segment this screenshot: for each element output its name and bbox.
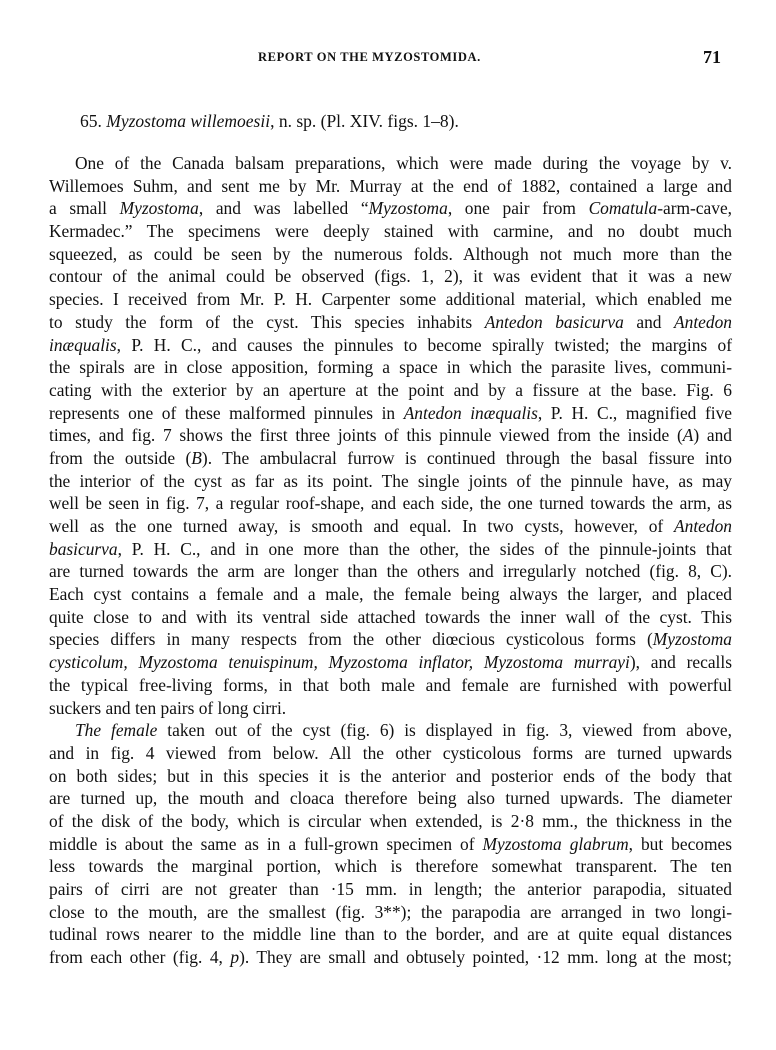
text-line: The female taken out of the cyst (fig. 6… bbox=[49, 719, 732, 742]
section-number: 65. bbox=[80, 111, 102, 131]
text-run: the typical free-living forms, in that b… bbox=[49, 675, 732, 695]
body-text: One of the Canada balsam preparations, w… bbox=[49, 152, 732, 969]
text-run: , P. H. C., magnified five bbox=[538, 403, 732, 423]
italic-text: inæqualis bbox=[49, 335, 117, 355]
paragraph: The female taken out of the cyst (fig. 6… bbox=[49, 719, 732, 969]
text-line: cysticolum, Myzostoma tenuispinum, Myzos… bbox=[49, 651, 732, 674]
running-title: REPORT ON THE MYZOSTOMIDA. bbox=[258, 50, 481, 65]
text-run: times, and fig. 7 shows the first three … bbox=[49, 425, 683, 445]
text-run: tudinal rows nearer to the middle line t… bbox=[49, 924, 732, 944]
text-line: to study the form of the cyst. This spec… bbox=[49, 311, 732, 334]
text-run: are turned up, the mouth and cloaca ther… bbox=[49, 788, 732, 808]
text-run: well as the one turned away, is smooth a… bbox=[49, 516, 674, 536]
text-line: the typical free-living forms, in that b… bbox=[49, 674, 732, 697]
text-run: represents one of these malformed pinnul… bbox=[49, 403, 404, 423]
text-line: pairs of cirri are not greater than ·15 … bbox=[49, 878, 732, 901]
text-run: , P. H. C., and causes the pinnules to b… bbox=[117, 335, 732, 355]
text-line: from each other (fig. 4, p). They are sm… bbox=[49, 946, 732, 969]
text-run: of the disk of the body, which is circul… bbox=[49, 811, 732, 831]
text-line: less towards the marginal portion, which… bbox=[49, 855, 732, 878]
text-run: species differs in many respects from th… bbox=[49, 629, 653, 649]
italic-text: Myzostoma bbox=[120, 198, 199, 218]
species-name: Myzostoma willemoesii bbox=[106, 111, 270, 131]
text-run: , one pair from bbox=[448, 198, 589, 218]
italic-text: Myzostoma bbox=[369, 198, 448, 218]
italic-text: p bbox=[230, 947, 239, 967]
text-line: tudinal rows nearer to the middle line t… bbox=[49, 923, 732, 946]
italic-text: Myzostoma glabrum bbox=[483, 834, 629, 854]
text-line: inæqualis, P. H. C., and causes the pinn… bbox=[49, 334, 732, 357]
text-run: taken out of the cyst (fig. 6) is displa… bbox=[157, 720, 732, 740]
text-line: close to the mouth, are the smallest (fi… bbox=[49, 901, 732, 924]
text-run: pairs of cirri are not greater than ·15 … bbox=[49, 879, 732, 899]
text-run: contour of the animal could be observed … bbox=[49, 266, 732, 286]
text-run: the interior of the cyst as far as its p… bbox=[49, 471, 732, 491]
text-line: basicurva, P. H. C., and in one more tha… bbox=[49, 538, 732, 561]
text-line: the interior of the cyst as far as its p… bbox=[49, 470, 732, 493]
text-line: Willemoes Suhm, and sent me by Mr. Murra… bbox=[49, 175, 732, 198]
text-run: , but becomes bbox=[629, 834, 732, 854]
italic-text: Antedon basicurva bbox=[485, 312, 624, 332]
text-line: One of the Canada balsam preparations, w… bbox=[49, 152, 732, 175]
text-line: well as the one turned away, is smooth a… bbox=[49, 515, 732, 538]
text-run: , and was labelled “ bbox=[199, 198, 369, 218]
text-line: times, and fig. 7 shows the first three … bbox=[49, 424, 732, 447]
italic-text: Antedon bbox=[674, 312, 732, 332]
text-run: ) and bbox=[693, 425, 732, 445]
italic-text: The female bbox=[75, 720, 157, 740]
italic-text: Antedon bbox=[674, 516, 732, 536]
text-line: species. I received from Mr. P. H. Carpe… bbox=[49, 288, 732, 311]
text-run: middle is about the same as in a full-gr… bbox=[49, 834, 483, 854]
text-line: quite close to and with its ventral side… bbox=[49, 606, 732, 629]
section-heading-rest: , n. sp. (Pl. XIV. figs. 1–8). bbox=[270, 111, 459, 131]
text-line: from the outside (B). The ambulacral fur… bbox=[49, 447, 732, 470]
text-run: less towards the marginal portion, which… bbox=[49, 856, 732, 876]
text-run: , P. H. C., and in one more than the oth… bbox=[118, 539, 732, 559]
text-line: well be seen in fig. 7, a regular roof-s… bbox=[49, 492, 732, 515]
text-line: are turned up, the mouth and cloaca ther… bbox=[49, 787, 732, 810]
text-line: of the disk of the body, which is circul… bbox=[49, 810, 732, 833]
text-run: to study the form of the cyst. This spec… bbox=[49, 312, 485, 332]
text-run: Each cyst contains a female and a male, … bbox=[49, 584, 732, 604]
text-line: species differs in many respects from th… bbox=[49, 628, 732, 651]
text-line: are turned towards the arm are longer th… bbox=[49, 560, 732, 583]
text-line: Kermadec.” The specimens were deeply sta… bbox=[49, 220, 732, 243]
italic-text: B bbox=[191, 448, 202, 468]
text-run: on both sides; but in this species it is… bbox=[49, 766, 732, 786]
text-run: species. I received from Mr. P. H. Carpe… bbox=[49, 289, 732, 309]
text-run: are turned towards the arm are longer th… bbox=[49, 561, 732, 581]
text-run: a small bbox=[49, 198, 120, 218]
text-run: ). They are small and obtusely pointed, … bbox=[239, 947, 732, 967]
section-heading: 65. Myzostoma willemoesii, n. sp. (Pl. X… bbox=[80, 111, 459, 132]
text-run: from each other (fig. 4, bbox=[49, 947, 230, 967]
text-run: Willemoes Suhm, and sent me by Mr. Murra… bbox=[49, 176, 732, 196]
text-run: cating with the exterior by an aperture … bbox=[49, 380, 732, 400]
text-line: Each cyst contains a female and a male, … bbox=[49, 583, 732, 606]
italic-text: A bbox=[683, 425, 694, 445]
text-run: One of the Canada balsam preparations, w… bbox=[75, 153, 732, 173]
text-line: the spirals are in close apposition, for… bbox=[49, 356, 732, 379]
text-line: contour of the animal could be observed … bbox=[49, 265, 732, 288]
text-line: cating with the exterior by an aperture … bbox=[49, 379, 732, 402]
italic-text: cysticolum, Myzostoma tenuispinum, Myzos… bbox=[49, 652, 630, 672]
text-run: close to the mouth, are the smallest (fi… bbox=[49, 902, 732, 922]
text-run: ). The ambulacral furrow is continued th… bbox=[202, 448, 732, 468]
text-line: represents one of these malformed pinnul… bbox=[49, 402, 732, 425]
running-head: REPORT ON THE MYZOSTOMIDA. 71 bbox=[0, 50, 776, 70]
text-line: middle is about the same as in a full-gr… bbox=[49, 833, 732, 856]
italic-text: Myzostoma bbox=[653, 629, 732, 649]
text-run: the spirals are in close apposition, for… bbox=[49, 357, 732, 377]
text-line: a small Myzostoma, and was labelled “Myz… bbox=[49, 197, 732, 220]
italic-text: Comatula bbox=[589, 198, 658, 218]
text-line: suckers and ten pairs of long cirri. bbox=[49, 697, 732, 720]
text-run: and in fig. 4 viewed from below. All the… bbox=[49, 743, 732, 763]
text-run: ), and recalls bbox=[630, 652, 732, 672]
text-run: quite close to and with its ventral side… bbox=[49, 607, 732, 627]
text-line: squeezed, as could be seen by the numero… bbox=[49, 243, 732, 266]
text-line: on both sides; but in this species it is… bbox=[49, 765, 732, 788]
text-run: -arm-cave, bbox=[657, 198, 732, 218]
text-run: and bbox=[624, 312, 674, 332]
text-run: from the outside ( bbox=[49, 448, 191, 468]
italic-text: Antedon inæqualis bbox=[404, 403, 538, 423]
paragraph: One of the Canada balsam preparations, w… bbox=[49, 152, 732, 719]
text-run: Kermadec.” The specimens were deeply sta… bbox=[49, 221, 732, 241]
italic-text: basicurva bbox=[49, 539, 118, 559]
text-run: well be seen in fig. 7, a regular roof-s… bbox=[49, 493, 732, 513]
text-run: suckers and ten pairs of long cirri. bbox=[49, 698, 286, 718]
text-line: and in fig. 4 viewed from below. All the… bbox=[49, 742, 732, 765]
text-run: squeezed, as could be seen by the numero… bbox=[49, 244, 732, 264]
page-number: 71 bbox=[703, 47, 721, 68]
